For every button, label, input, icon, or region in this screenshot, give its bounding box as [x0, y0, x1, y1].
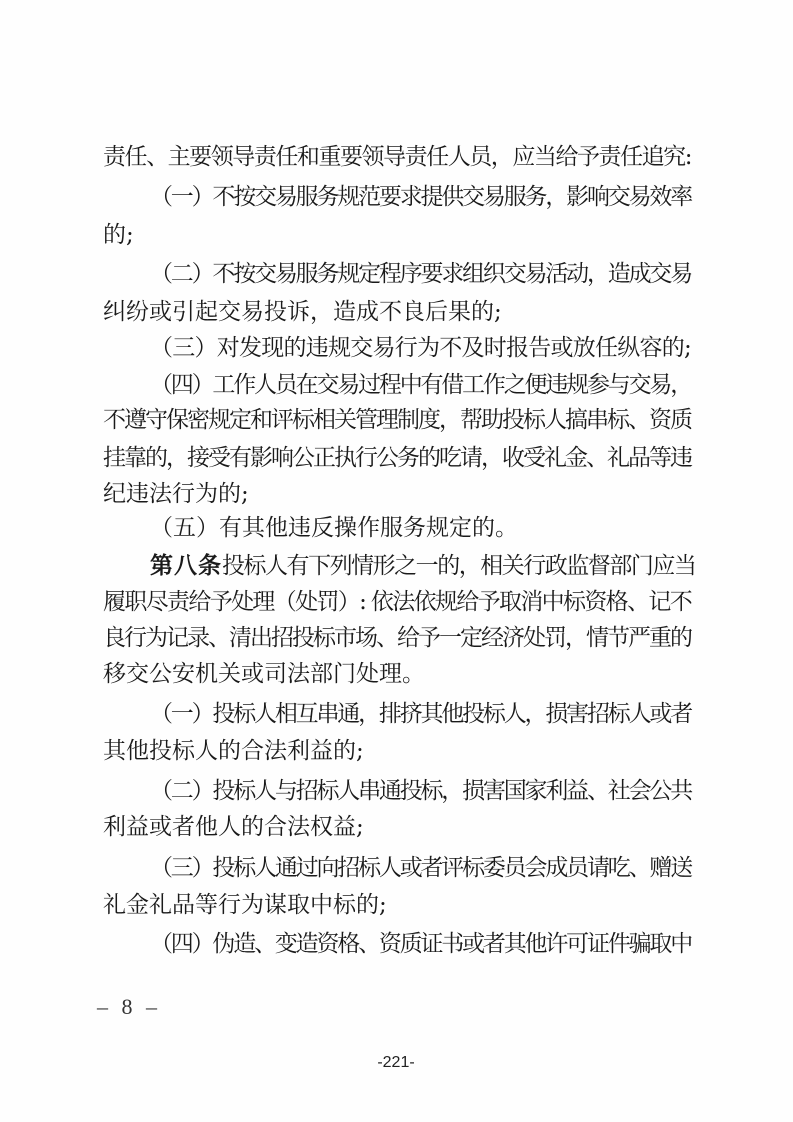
line-text: 礼金礼品等行为谋取中标的;	[103, 892, 387, 918]
body-text-line: 良行为记录、清出招投标市场、给予一定经济处罚，情节严重的	[103, 621, 691, 655]
line-text: 利益或者他人的合法权益;	[103, 814, 364, 840]
line-text: 移交公安机关或司法部门处理。	[103, 661, 425, 687]
line-text: 履职尽责给予处理（处罚）: 依法依规给予取消中标资格、记不	[103, 589, 691, 615]
line-text: 其他投标人的合法利益的;	[103, 738, 364, 764]
body-text-line: （二）投标人与招标人串通投标，损害国家利益、社会公共	[150, 774, 691, 808]
page-number: -221-	[346, 1054, 446, 1072]
line-text: 责任、主要领导责任和重要领导责任人员，应当给予责任追究:	[103, 144, 691, 170]
line-text: 纠纷或引起交易投诉，造成不良后果的;	[103, 299, 502, 325]
body-text-line: （一）不按交易服务规范要求提供交易服务，影响交易效率	[150, 180, 691, 214]
article-heading-line: 第八条投标人有下列情形之一的，相关行政监督部门应当	[150, 549, 691, 583]
body-text-line: （四）工作人员在交易过程中有借工作之便违规参与交易，	[150, 368, 691, 402]
line-text: （四）工作人员在交易过程中有借工作之便违规参与交易，	[150, 372, 691, 398]
body-text-line: （二）不按交易服务规定程序要求组织交易活动，造成交易	[150, 257, 691, 291]
line-text: （一）不按交易服务规范要求提供交易服务，影响交易效率	[150, 184, 691, 210]
line-text: （一）投标人相互串通，排挤其他投标人，损害招标人或者	[150, 701, 691, 727]
line-text: （二）投标人与招标人串通投标，损害国家利益、社会公共	[150, 778, 691, 804]
line-text: 挂靠的，接受有影响公正执行公务的吃请，收受礼金、礼品等违	[103, 445, 691, 471]
line-text: （二）不按交易服务规定程序要求组织交易活动，造成交易	[150, 261, 691, 287]
body-text-line: 礼金礼品等行为谋取中标的;	[103, 888, 691, 922]
document-page: 责任、主要领导责任和重要领导责任人员，应当给予责任追究:（一）不按交易服务规范要…	[0, 0, 793, 1122]
line-text: （五）有其他违反操作服务规定的。	[150, 515, 518, 541]
body-text-line: （三）投标人通过向招标人或者评标委员会成员请吃、赠送	[150, 851, 691, 885]
article-number: 第八条	[150, 553, 222, 579]
body-text-line: 其他投标人的合法利益的;	[103, 734, 691, 768]
body-text-line: 不遵守保密规定和评标相关管理制度，帮助投标人搞串标、资质	[103, 403, 691, 437]
line-text: 投标人有下列情形之一的，相关行政监督部门应当	[222, 553, 695, 579]
body-text-line: 纠纷或引起交易投诉，造成不良后果的;	[103, 295, 691, 329]
body-text-line: （四）伪造、变造资格、资质证书或者其他许可证件骗取中	[150, 927, 691, 961]
line-text: 纪违法行为的;	[103, 481, 249, 507]
body-text-line: 责任、主要领导责任和重要领导责任人员，应当给予责任追究:	[103, 140, 691, 174]
body-text-line: 移交公安机关或司法部门处理。	[103, 657, 691, 691]
line-text: （三）对发现的违规交易行为不及时报告或放任纵容的;	[150, 335, 691, 361]
line-text: 良行为记录、清出招投标市场、给予一定经济处罚，情节严重的	[103, 625, 691, 651]
line-text: 的;	[103, 222, 134, 248]
body-text-line: 的;	[103, 218, 691, 252]
body-text-line: 挂靠的，接受有影响公正执行公务的吃请，收受礼金、礼品等违	[103, 441, 691, 475]
line-text: （三）投标人通过向招标人或者评标委员会成员请吃、赠送	[150, 855, 691, 881]
original-page-folio: – 8 –	[97, 994, 161, 1020]
body-text-line: 利益或者他人的合法权益;	[103, 810, 691, 844]
body-text-line: （一）投标人相互串通，排挤其他投标人，损害招标人或者	[150, 697, 691, 731]
body-text-line: （三）对发现的违规交易行为不及时报告或放任纵容的;	[150, 331, 691, 365]
body-text-line: 纪违法行为的;	[103, 477, 691, 511]
body-text-line: 履职尽责给予处理（处罚）: 依法依规给予取消中标资格、记不	[103, 585, 691, 619]
body-text-line: （五）有其他违反操作服务规定的。	[150, 511, 691, 545]
line-text: 不遵守保密规定和评标相关管理制度，帮助投标人搞串标、资质	[103, 407, 691, 433]
line-text: （四）伪造、变造资格、资质证书或者其他许可证件骗取中	[150, 931, 691, 957]
